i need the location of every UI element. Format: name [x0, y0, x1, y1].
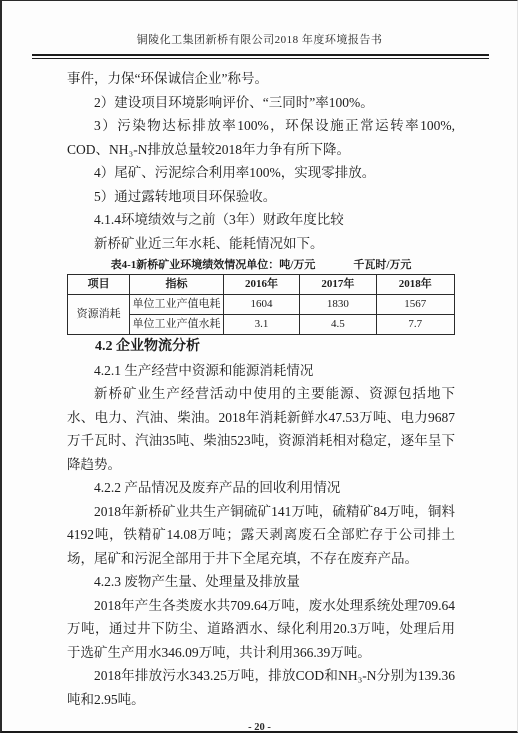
- performance-table: 项目 指标 2016年 2017年 2018年 资源消耗 单位工业产值电耗 16…: [67, 274, 455, 335]
- section-heading-4-2: 4.2 企业物流分析: [67, 335, 455, 359]
- row-group-cell: 资源消耗: [68, 295, 130, 335]
- list-item-4: 4）尾矿、污泥综合利用率100%，实现零排放。: [67, 161, 455, 185]
- section-heading-4-2-3: 4.2.3 废物产生量、处理量及排放量: [67, 570, 455, 594]
- value-cell: 4.5: [300, 315, 376, 335]
- table-caption: 表4-1新桥矿业环境绩效情况单位：吨/万元千瓦时/万元: [67, 257, 455, 273]
- page-header-title: 铜陵化工集团新桥有限公司2018 年度环境报告书: [2, 31, 517, 47]
- section-heading-4-1-4: 4.1.4环境绩效与之前（3年）财政年度比较: [67, 208, 455, 232]
- col-header-2016: 2016年: [223, 275, 299, 295]
- indicator-cell: 单位工业产值水耗: [130, 315, 223, 335]
- value-cell: 1604: [223, 295, 299, 315]
- value-cell: 1830: [300, 295, 376, 315]
- page-number: - 20 -: [2, 722, 517, 733]
- paragraph: 2018年产生各类废水共709.64万吨，废水处理系统处理709.64万吨，通过…: [67, 594, 455, 665]
- paragraph: 新桥矿业生产经营活动中使用的主要能源、资源包括地下水、电力、汽油、柴油。2018…: [67, 382, 455, 476]
- col-header-2017: 2017年: [300, 275, 376, 295]
- paragraph: 新桥矿业近三年水耗、能耗情况如下。: [67, 232, 455, 256]
- table-caption-unit: 千瓦时/万元: [353, 259, 411, 271]
- paragraph: 事件，力保“环保诚信企业”称号。: [67, 67, 455, 91]
- list-item-3: 3）污染物达标排放率100%，环保设施正常运转率100%, COD、NH₃-N排…: [67, 114, 455, 161]
- value-cell: 1567: [376, 295, 454, 315]
- table-header-row: 项目 指标 2016年 2017年 2018年: [68, 275, 455, 295]
- section-heading-4-2-1: 4.2.1 生产经营中资源和能源消耗情况: [67, 359, 455, 383]
- list-item-2: 2）建设项目环境影响评价、“三同时”率100%。: [67, 91, 455, 115]
- table-caption-main: 表4-1新桥矿业环境绩效情况单位：吨/万元: [111, 259, 316, 271]
- value-cell: 7.7: [376, 315, 454, 335]
- value-cell: 3.1: [223, 315, 299, 335]
- paragraph: 2018年新桥矿业共生产铜硫矿141万吨，硫精矿84万吨，铜料4192吨，铁精矿…: [67, 500, 455, 571]
- indicator-cell: 单位工业产值电耗: [130, 295, 223, 315]
- document-body: 事件，力保“环保诚信企业”称号。 2）建设项目环境影响评价、“三同时”率100%…: [2, 59, 517, 711]
- col-header-2018: 2018年: [376, 275, 454, 295]
- document-page: 铜陵化工集团新桥有限公司2018 年度环境报告书 事件，力保“环保诚信企业”称号…: [0, 0, 518, 733]
- section-heading-4-2-2: 4.2.2 产品情况及废弃产品的回收利用情况: [67, 476, 455, 500]
- col-header-project: 项目: [68, 275, 130, 295]
- list-item-5: 5）通过露转地项目环保验收。: [67, 185, 455, 209]
- table-row: 资源消耗 单位工业产值电耗 1604 1830 1567: [68, 295, 455, 315]
- paragraph: 2018年排放污水343.25万吨，排放COD和NH₃-N分别为139.36吨和…: [67, 664, 455, 711]
- col-header-indicator: 指标: [130, 275, 223, 295]
